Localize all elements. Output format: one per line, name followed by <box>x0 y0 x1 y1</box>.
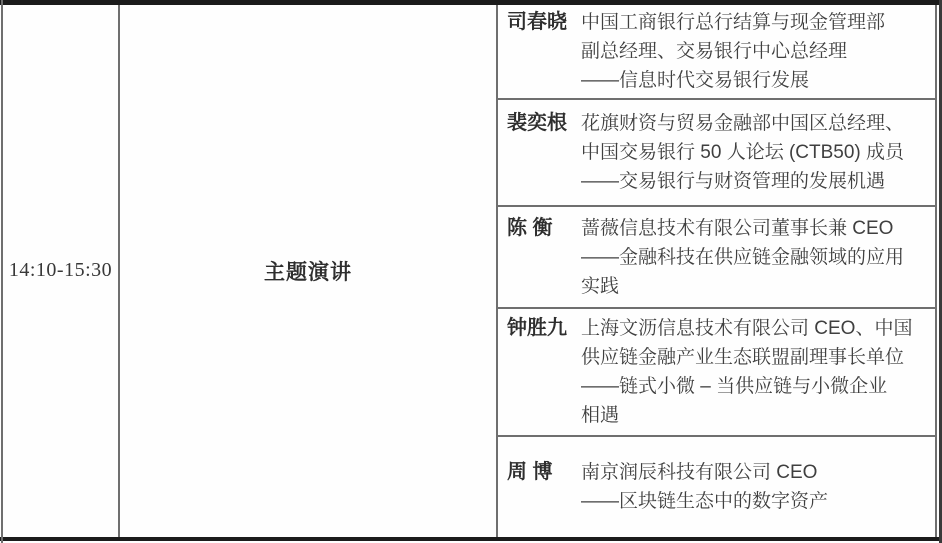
table-right-border <box>935 5 937 537</box>
speaker-row-3: 陈 衡 蔷薇信息技术有限公司董事长兼 CEO ——金融科技在供应链金融领域的应用… <box>498 207 935 307</box>
speaker-row-3-content: 陈 衡 蔷薇信息技术有限公司董事长兼 CEO ——金融科技在供应链金融领域的应用… <box>507 214 931 301</box>
speaker-description: 南京润辰科技有限公司 CEO ——区块链生态中的数字资产 <box>581 458 931 516</box>
speaker-row-4: 钟胜九 上海文沥信息技术有限公司 CEO、中国 供应链金融产业生态联盟副理事长单… <box>498 309 935 435</box>
time-label: 14:10-15:30 <box>9 259 112 282</box>
speaker-row-2: 裴奕根 花旗财资与贸易金融部中国区总经理、 中国交易银行 50 人论坛 (CTB… <box>498 100 935 205</box>
speaker-description: 中国工商银行总行结算与现金管理部 副总经理、交易银行中心总经理 ——信息时代交易… <box>581 8 931 95</box>
speaker-row-2-content: 裴奕根 花旗财资与贸易金融部中国区总经理、 中国交易银行 50 人论坛 (CTB… <box>507 109 931 196</box>
time-cell: 14:10-15:30 <box>3 5 118 536</box>
speaker-row-1-content: 司春晓 中国工商银行总行结算与现金管理部 副总经理、交易银行中心总经理 ——信息… <box>507 8 931 95</box>
speaker-name: 陈 衡 <box>507 214 581 243</box>
speaker-row-5-content: 周 博 南京润辰科技有限公司 CEO ——区块链生态中的数字资产 <box>507 458 931 516</box>
speaker-name: 周 博 <box>507 458 581 487</box>
speaker-description: 花旗财资与贸易金融部中国区总经理、 中国交易银行 50 人论坛 (CTB50) … <box>581 109 931 196</box>
agenda-table: 14:10-15:30 主题演讲 司春晓 中国工商银行总行结算与现金管理部 副总… <box>0 0 942 543</box>
table-bottom-border <box>0 537 942 541</box>
speaker-row-1: 司春晓 中国工商银行总行结算与现金管理部 副总经理、交易银行中心总经理 ——信息… <box>498 5 935 98</box>
speaker-name: 裴奕根 <box>507 109 581 138</box>
speaker-description: 蔷薇信息技术有限公司董事长兼 CEO ——金融科技在供应链金融领域的应用 实践 <box>581 214 931 301</box>
speaker-description: 上海文沥信息技术有限公司 CEO、中国 供应链金融产业生态联盟副理事长单位 ——… <box>581 314 931 430</box>
topic-cell: 主题演讲 <box>120 5 496 536</box>
speaker-row-4-content: 钟胜九 上海文沥信息技术有限公司 CEO、中国 供应链金融产业生态联盟副理事长单… <box>507 314 931 430</box>
speaker-name: 钟胜九 <box>507 314 581 343</box>
speaker-row-5: 周 博 南京润辰科技有限公司 CEO ——区块链生态中的数字资产 <box>498 437 935 536</box>
topic-label: 主题演讲 <box>264 256 352 286</box>
speaker-name: 司春晓 <box>507 8 581 37</box>
